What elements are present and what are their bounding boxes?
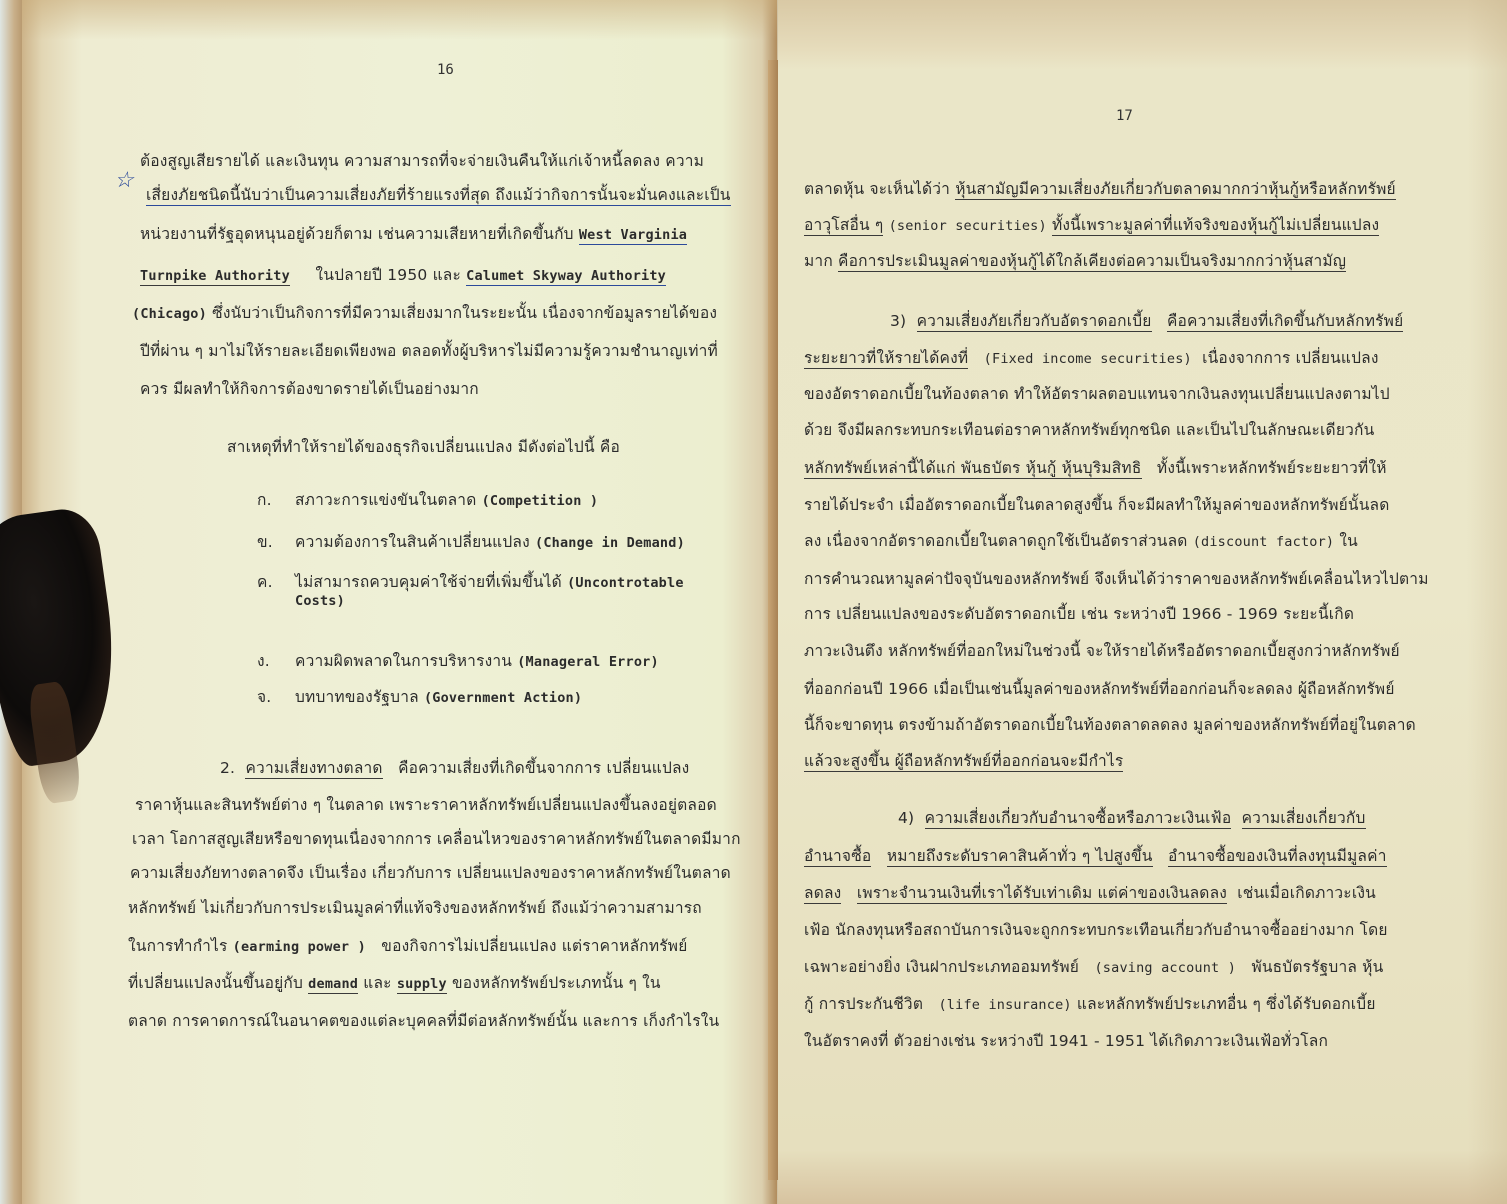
item-label: จ. [257,684,295,709]
text-span: ของกิจการไม่เปลี่ยนแปลง แต่ราคาหลักทรัพย… [381,937,687,955]
term-life-insurance: (life insurance) [938,997,1071,1013]
item-english: (Government Action) [424,690,582,706]
text-span: ที่เปลี่ยนแปลงนั้นขึ้นอยู่กับ [128,974,303,992]
text-line: หลักทรัพย์เหล่านี้ได้แก่ พันธบัตร หุ้นกู… [804,455,1387,480]
term-senior-securities: (senior securities) [889,218,1047,234]
underlined-text: อำนาจซื้อ [804,847,871,867]
item-label: ข. [257,529,295,554]
item-thai: ความต้องการในสินค้าเปลี่ยนแปลง [295,533,530,551]
text-line: เฉพาะอย่างยิ่ง เงินฝากประเภทออมทรัพย์ (s… [804,954,1383,979]
text-line: มาก คือการประเมินมูลค่าของหุ้นกู้ได้ใกล้… [804,248,1346,273]
cause-item: ข.ความต้องการในสินค้าเปลี่ยนแปลง (Change… [257,529,685,554]
underlined-text: เสี่ยงภัยชนิดนี้นับว่าเป็นความเสี่ยงภัยท… [146,186,731,206]
text-span: ใน [1339,532,1358,550]
text-line: ราคาหุ้นและสินทรัพย์ต่าง ๆ ในตลาด เพราะร… [135,792,717,817]
text-line: ความเสี่ยงภัยทางตลาดจึง เป็นเรื่อง เกี่ย… [130,860,731,885]
cause-item-continuation: Costs) [295,593,345,609]
item-english: (Change in Demand) [535,535,685,551]
item-thai: ความผิดพลาดในการบริหารงาน [295,652,512,670]
term-west-virginia: West Varginia [579,227,687,245]
text-line: อาวุโสอื่น ๆ (senior securities) ทั้งนี้… [804,212,1379,237]
underlined-text: แล้วจะสูงขึ้น ผู้ถือหลักทรัพย์ที่ออกก่อน… [804,752,1123,772]
text-span: และ [363,974,391,992]
text-line: ต้องสูญเสียรายได้ และเงินทุน ความสามารถท… [140,148,704,173]
text-line: ด้วย จึงมีผลกระทบกระเทือนต่อราคาหลักทรัพ… [804,417,1374,442]
underlined-text: ความเสี่ยงเกี่ยวกับ [1242,809,1366,829]
underlined-text: ระยะยาวที่ให้รายได้คงที่ [804,349,968,369]
term-chicago: (Chicago) [132,306,207,322]
item-thai: สภาวะการแข่งขันในตลาด [295,491,476,509]
underlined-text: ลดลง [804,884,841,904]
underlined-text: อำนาจซื้อของเงินที่ลงทุนมีมูลค่า [1168,847,1387,867]
section-number: 4) [898,809,914,827]
term-discount-factor: (discount factor) [1193,534,1335,550]
text-line: ปีที่ผ่าน ๆ มาไม่ให้รายละเอียดเพียงพอ ตล… [140,338,718,363]
text-line: เสี่ยงภัยชนิดนี้นับว่าเป็นความเสี่ยงภัยท… [146,182,731,207]
underlined-text: เพราะจำนวนเงินที่เราได้รับเท่าเดิม แต่ค่… [857,884,1227,904]
text-line: ระยะยาวที่ให้รายได้คงที่ (Fixed income s… [804,345,1379,370]
term-turnpike: Turnpike Authority [140,268,290,286]
book-spine [768,60,778,1180]
left-page: 16 ต้องสูญเสียรายได้ และเงินทุน ความสามา… [22,0,777,1204]
underlined-text: หุ้นสามัญมีความเสี่ยงภัยเกี่ยวกับตลาดมาก… [955,180,1396,200]
text-span: เนื่องจากการ เปลี่ยนแปลง [1202,349,1379,367]
margin-star-annotation: ☆ [114,168,134,193]
text-line: แล้วจะสูงขึ้น ผู้ถือหลักทรัพย์ที่ออกก่อน… [804,748,1123,773]
text-span: ในปลายปี 1950 และ [316,266,461,284]
right-page: 17 ตลาดหุ้น จะเห็นได้ว่า หุ้นสามัญมีความ… [778,0,1507,1204]
cause-item: จ.บทบาทของรัฐบาล (Government Action) [257,684,582,709]
section-number: 2. [220,759,235,777]
text-span: และหลักทรัพย์ประเภทอื่น ๆ ซึ่งได้รับดอกเ… [1077,995,1376,1013]
section-heading-line: 3) ความเสี่ยงภัยเกี่ยวกับอัตราดอกเบี้ย ค… [890,308,1403,333]
term-saving-account: (saving account ) [1094,960,1236,976]
section-heading-line: 4) ความเสี่ยงเกี่ยวกับอำนาจซื้อหรือภาวะเ… [898,805,1366,830]
text-line: เวลา โอกาสสูญเสียหรือขาดทุนเนื่องจากการ … [132,826,741,851]
cause-item: ค.ไม่สามารถควบคุมค่าใช้จ่ายที่เพิ่มขึ้นไ… [257,569,684,594]
item-label: ก. [257,487,295,512]
text-span: กู้ การประกันชีวิต [804,995,923,1013]
text-span: ทั้งนี้เพราะหลักทรัพย์ระยะยาวที่ให้ [1157,459,1387,477]
page-number: 17 [1116,108,1133,124]
section-heading: ความเสี่ยงทางตลาด [245,759,382,779]
underlined-text: คือความเสี่ยงที่เกิดขึ้นกับหลักทรัพย์ [1167,312,1403,332]
text-line: Turnpike Authority ในปลายปี 1950 และ Cal… [140,262,666,287]
item-english: (Competition ) [482,493,599,509]
underlined-text: คือการประเมินมูลค่าของหุ้นกู้ได้ใกล้เคีย… [838,252,1346,272]
text-line: ภาวะเงินตึง หลักทรัพย์ที่ออกใหม่ในช่วงนี… [804,638,1400,663]
text-line: รายได้ประจำ เมื่ออัตราดอกเบี้ยในตลาดสูงข… [804,492,1389,517]
text-line: ตลาดหุ้น จะเห็นได้ว่า หุ้นสามัญมีความเสี… [804,176,1396,201]
text-line: ในอัตราคงที่ ตัวอย่างเช่น ระหว่างปี 1941… [804,1028,1328,1053]
text-span: ในการทำกำไร [128,937,228,955]
text-span: คือความเสี่ยงที่เกิดขึ้นจากการ เปลี่ยนแป… [398,759,689,777]
text-line: เฟ้อ นักลงทุนหรือสถาบันการเงินจะถูกกระทบ… [804,917,1388,942]
term-fixed-income: (Fixed income securities) [984,351,1192,367]
item-label: ง. [257,648,295,673]
cause-item: ง.ความผิดพลาดในการบริหารงาน (Manageral E… [257,648,659,673]
text-line: ตลาด การคาดการณ์ในอนาคตของแต่ละบุคคลที่ม… [128,1008,719,1033]
text-line: หลักทรัพย์ ไม่เกี่ยวกับการประเมินมูลค่าท… [128,895,702,920]
causes-intro: สาเหตุที่ทำให้รายได้ของธุรกิจเปลี่ยนแปลง… [227,434,620,459]
text-span: เช่นเมื่อเกิดภาวะเงิน [1237,884,1376,902]
text-span: ของหลักทรัพย์ประเภทนั้น ๆ ใน [452,974,661,992]
item-thai: ไม่สามารถควบคุมค่าใช้จ่ายที่เพิ่มขึ้นได้ [295,573,562,591]
text-span: พันธบัตรรัฐบาล หุ้น [1251,958,1383,976]
section-heading: ความเสี่ยงเกี่ยวกับอำนาจซื้อหรือภาวะเงิน… [925,809,1232,829]
text-line: ควร มีผลทำให้กิจการต้องขาดรายได้เป็นอย่า… [140,376,479,401]
item-english: (Uncontrotable [567,575,684,591]
term-supply: supply [397,976,447,994]
term-earning-power: (earming power ) [233,939,366,955]
open-book: 16 ต้องสูญเสียรายได้ และเงินทุน ความสามา… [0,0,1507,1204]
text-line: นี้ก็จะขาดทุน ตรงข้ามถ้าอัตราดอกเบี้ยในท… [804,712,1416,737]
term-calumet: Calumet Skyway Authority [466,268,666,286]
text-line: อำนาจซื้อ หมายถึงระดับราคาสินค้าทั่ว ๆ ไ… [804,843,1387,868]
cause-item: ก.สภาวะการแข่งขันในตลาด (Competition ) [257,487,598,512]
item-label: ค. [257,569,295,594]
section-heading-line: 2. ความเสี่ยงทางตลาด คือความเสี่ยงที่เกิ… [220,755,689,780]
underlined-text: หลักทรัพย์เหล่านี้ได้แก่ พันธบัตร หุ้นกู… [804,459,1142,479]
text-span: เฉพาะอย่างยิ่ง เงินฝากประเภทออมทรัพย์ [804,958,1079,976]
text-line: ที่ออกก่อนปี 1966 เมื่อเป็นเช่นนี้มูลค่า… [804,676,1395,701]
underlined-text: หมายถึงระดับราคาสินค้าทั่ว ๆ ไปสูงขึ้น [887,847,1153,867]
text-line: ในการทำกำไร (earming power ) ของกิจการไม… [128,933,688,958]
text-span: มาก [804,252,838,270]
underlined-text: ทั้งนี้เพราะมูลค่าที่แท้จริงของหุ้นกู้ไม… [1052,216,1379,236]
text-line: ที่เปลี่ยนแปลงนั้นขึ้นอยู่กับ demand และ… [128,970,661,995]
text-line: ลดลง เพราะจำนวนเงินที่เราได้รับเท่าเดิม … [804,880,1376,905]
item-english: (Manageral Error) [517,654,659,670]
text-line: หน่วยงานที่รัฐอุดหนุนอยู่ด้วยก็ตาม เช่นค… [140,221,687,246]
term-demand: demand [308,976,358,994]
text-line: กู้ การประกันชีวิต (life insurance) และห… [804,991,1376,1016]
text-span: หน่วยงานที่รัฐอุดหนุนอยู่ด้วยก็ตาม เช่นค… [140,225,574,243]
text-line: (Chicago) ซึ่งนับว่าเป็นกิจการที่มีความเ… [132,300,717,325]
section-heading: ความเสี่ยงภัยเกี่ยวกับอัตราดอกเบี้ย [917,312,1152,332]
text-line: ลง เนื่องจากอัตราดอกเบี้ยในตลาดถูกใช้เป็… [804,528,1358,553]
text-line: การคำนวณหามูลค่าปัจจุบันของหลักทรัพย์ จึ… [804,566,1429,591]
text-line: ของอัตราดอกเบี้ยในท้องตลาด ทำให้อัตราผลต… [804,381,1390,406]
underlined-text: อาวุโสอื่น ๆ [804,216,883,236]
text-span: ซึ่งนับว่าเป็นกิจการที่มีความเสี่ยงมากใน… [212,304,717,322]
section-number: 3) [890,312,906,330]
text-line: การ เปลี่ยนแปลงของระดับอัตราดอกเบี้ย เช่… [804,601,1354,626]
item-thai: บทบาทของรัฐบาล [295,688,419,706]
text-span: ตลาดหุ้น จะเห็นได้ว่า [804,180,955,198]
page-number: 16 [437,62,454,78]
text-span: ลง เนื่องจากอัตราดอกเบี้ยในตลาดถูกใช้เป็… [804,532,1188,550]
